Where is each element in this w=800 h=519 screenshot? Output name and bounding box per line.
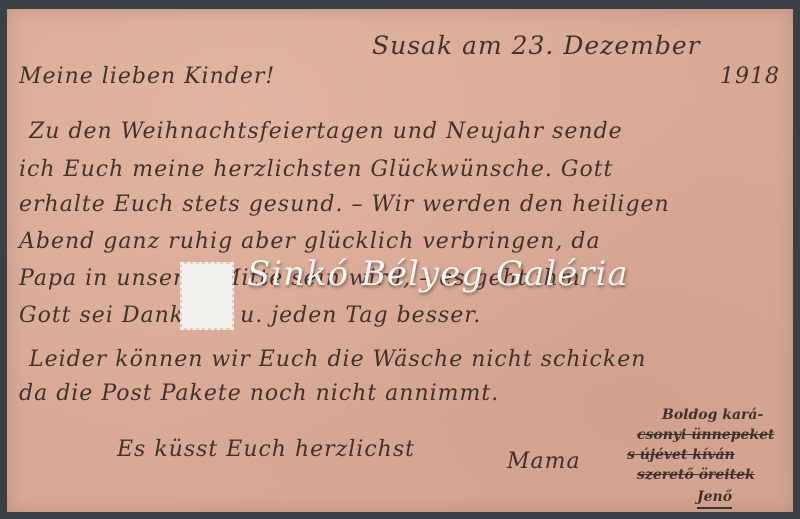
closing: Es küsst Euch herzlichst xyxy=(117,437,415,462)
body-line: Gott sei Dank gut u. jeden Tag besser. xyxy=(19,303,481,328)
side-note-line: s újévet kíván xyxy=(627,447,735,463)
postcard: Susak am 23. Dezember 1918 Meine lieben … xyxy=(7,9,793,512)
side-note-line: csonyi ünnepeket xyxy=(637,427,774,443)
side-note-line: szerető öreitek xyxy=(637,467,755,483)
body-line: erhalte Euch stets gesund. – Wir werden … xyxy=(19,192,670,217)
year: 1918 xyxy=(720,64,780,89)
place-date: Susak am 23. Dezember xyxy=(372,31,701,60)
body-line: ich Euch meine herzlichsten Glückwünsche… xyxy=(19,157,613,182)
watermark: Sinkó Bélyeg Galéria xyxy=(247,254,629,294)
salutation: Meine lieben Kinder! xyxy=(19,64,275,89)
body-line: Leider können wir Euch die Wäsche nicht … xyxy=(29,347,646,372)
signature: Mama xyxy=(507,449,581,474)
body-line: da die Post Pakete noch nicht annimmt. xyxy=(19,381,499,406)
side-note-signature: Jenő xyxy=(697,489,732,509)
side-note-line: Boldog kará- xyxy=(662,407,763,423)
body-line: Abend ganz ruhig aber glücklich verbring… xyxy=(19,229,601,254)
stamp-icon xyxy=(182,264,232,328)
body-line: Zu den Weihnachtsfeiertagen und Neujahr … xyxy=(29,119,623,144)
